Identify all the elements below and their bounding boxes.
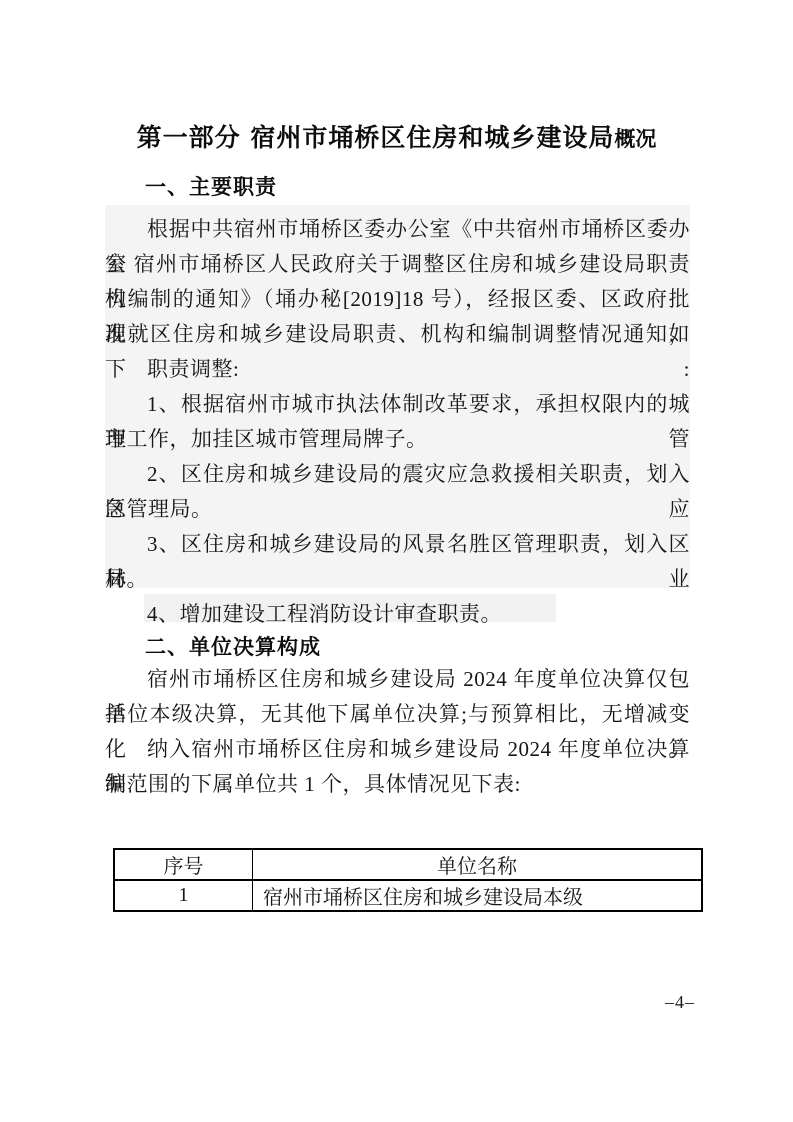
section-body-main-duties: 根据中共宿州市埇桥区委办公室《中共宿州市埇桥区委办公 室 宿州市埇桥区人民政府关… — [105, 212, 690, 632]
page-title-main: 第一部分 宿州市埇桥区住房和城乡建设局 — [137, 123, 615, 152]
body-line: 2、区住房和城乡建设局的震灾应急救援相关职责，划入区应 — [105, 457, 690, 492]
section-heading-unit-composition: 二、单位决算构成 — [105, 631, 690, 661]
body-line: 现就区住房和城乡建设局职责、机构和编制调整情况通知如下: — [105, 317, 690, 352]
section-body-unit-composition: 宿州市埇桥区住房和城乡建设局 2024 年度单位决算仅包括 单位本级决算，无其他… — [105, 662, 690, 802]
units-table: 序号 单位名称 1 宿州市埇桥区住房和城乡建设局本级 — [113, 848, 703, 912]
page-title: 第一部分 宿州市埇桥区住房和城乡建设局概况 — [0, 118, 793, 154]
page-title-suffix: 概况 — [614, 127, 656, 151]
body-line: 单位本级决算，无其他下属单位决算;与预算相比，无增减变化。 — [105, 697, 690, 732]
section-heading-main-duties: 一、主要职责 — [105, 171, 690, 201]
table-header-cell-index: 序号 — [114, 849, 253, 880]
body-line: 制范围的下属单位共 1 个，具体情况见下表: — [105, 767, 690, 802]
table-header-cell-unit-name: 单位名称 — [253, 849, 703, 880]
body-line: 4、增加建设工程消防设计审查职责。 — [105, 597, 690, 632]
table-cell-unit-name: 宿州市埇桥区住房和城乡建设局本级 — [253, 880, 703, 911]
body-line: 1、根据宿州市城市执法体制改革要求，承担权限内的城市管 — [105, 387, 690, 422]
body-line: 室 宿州市埇桥区人民政府关于调整区住房和城乡建设局职责机 — [105, 247, 690, 282]
page-number: –4– — [645, 992, 715, 1013]
body-line: 3、区住房和城乡建设局的风景名胜区管理职责，划入区林业 — [105, 527, 690, 562]
body-line: 构编制的通知》（埇办秘[2019]18 号），经报区委、区政府批准， — [105, 282, 690, 317]
units-table-header-row: 序号 单位名称 — [114, 849, 702, 880]
body-line: 根据中共宿州市埇桥区委办公室《中共宿州市埇桥区委办公 — [105, 212, 690, 247]
units-table-data-row: 1 宿州市埇桥区住房和城乡建设局本级 — [114, 880, 702, 911]
body-line: 宿州市埇桥区住房和城乡建设局 2024 年度单位决算仅包括 — [105, 662, 690, 697]
table-cell-index: 1 — [114, 880, 253, 911]
body-line: 纳入宿州市埇桥区住房和城乡建设局 2024 年度单位决算编 — [105, 732, 690, 767]
document-page: 第一部分 宿州市埇桥区住房和城乡建设局概况 一、主要职责 根据中共宿州市埇桥区委… — [0, 0, 793, 1122]
